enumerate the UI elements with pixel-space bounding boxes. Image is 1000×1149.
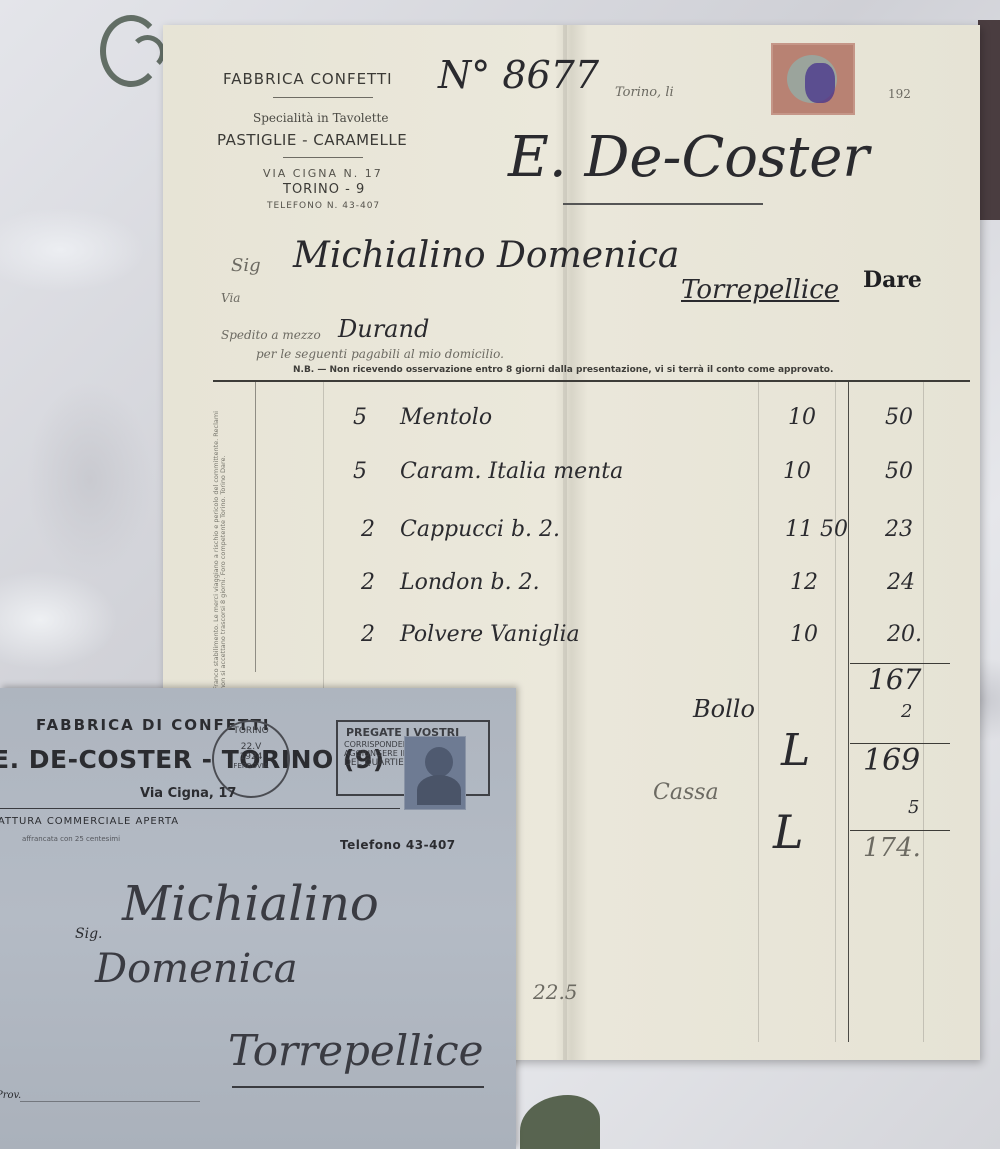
letterhead-products: PASTIGLIE - CARAMELLE: [217, 131, 407, 149]
lire-symbol: L: [773, 805, 804, 859]
letterhead-phone: TELEFONO N. 43-407: [267, 201, 380, 211]
letterhead-city: TORINO - 9: [283, 182, 365, 197]
shipped-by: Durand: [338, 315, 429, 343]
line-item: 2 London b. 2. 12 24: [163, 570, 980, 618]
bollo-amount: 2: [901, 701, 912, 722]
recipient-name: Michialino: [122, 876, 379, 932]
cassa-label: Cassa: [653, 780, 719, 805]
divider: [283, 157, 363, 158]
province-label: Prov.: [0, 1090, 21, 1101]
recipient-town: Torrepellice: [228, 1026, 483, 1075]
line-item: 5 Caram. Italia menta 10 50: [163, 459, 980, 507]
grand-total: 174.: [863, 833, 921, 863]
merchant-signature: E. De-Coster: [508, 125, 869, 190]
table-top-rule: [213, 380, 970, 382]
letterhead-address: VIA CIGNA N. 17: [263, 167, 383, 180]
recipient-name-2: Domenica: [95, 946, 298, 992]
envelope-firm: E. DE-COSTER - TORINO (9): [0, 745, 385, 774]
divider: [563, 203, 763, 205]
via-label: Via: [221, 291, 240, 305]
customer-name: Michialino Domenica: [293, 235, 679, 276]
year-prefix: 192: [888, 87, 911, 101]
postage-stamp: [404, 736, 466, 810]
customer-label: Sig: [231, 255, 261, 276]
bollo-label: Bollo: [693, 695, 755, 723]
envelope-phone: Telefono 43-407: [340, 838, 456, 852]
nb-note: N.B. — Non ricevendo osservazione entro …: [293, 365, 833, 375]
recipient-label: Sig.: [75, 926, 102, 942]
subtotal: 167: [868, 663, 921, 696]
postage-note: affrancata con 25 centesimi: [22, 835, 120, 843]
margin-note: 22.5: [533, 980, 578, 1004]
revenue-stamp: [771, 43, 855, 115]
after-bollo-total: 169: [863, 743, 920, 778]
invoice-number: N° 8677: [438, 53, 599, 97]
envelope: FABBRICA DI CONFETTI E. DE-COSTER - TORI…: [0, 688, 516, 1149]
line-item: 2 Cappucci b. 2. 11 50 23: [163, 517, 980, 565]
mail-type: FATTURA COMMERCIALE APERTA: [0, 816, 179, 827]
line-item: 5 Mentolo 10 50: [163, 405, 980, 453]
payable-note: per le seguenti pagabili al mio domicili…: [256, 347, 504, 361]
letterhead-company: FABBRICA CONFETTI: [223, 70, 393, 88]
envelope-address: Via Cigna, 17: [140, 786, 236, 801]
lire-symbol: L: [781, 725, 810, 776]
cassa-amount: 5: [908, 797, 919, 818]
letterhead-speciality: Specialità in Tavolette: [253, 111, 388, 125]
stamp-cancellation: [805, 63, 835, 103]
customer-town: Torrepellice: [681, 275, 839, 305]
shipped-label: Spedito a mezzo: [221, 328, 321, 342]
cloth-pattern-swirl: [130, 35, 165, 70]
place-date-label: Torino, li: [615, 85, 674, 100]
background-object: [978, 20, 1000, 220]
divider: [273, 97, 373, 98]
dare-label: Dare: [863, 267, 922, 293]
